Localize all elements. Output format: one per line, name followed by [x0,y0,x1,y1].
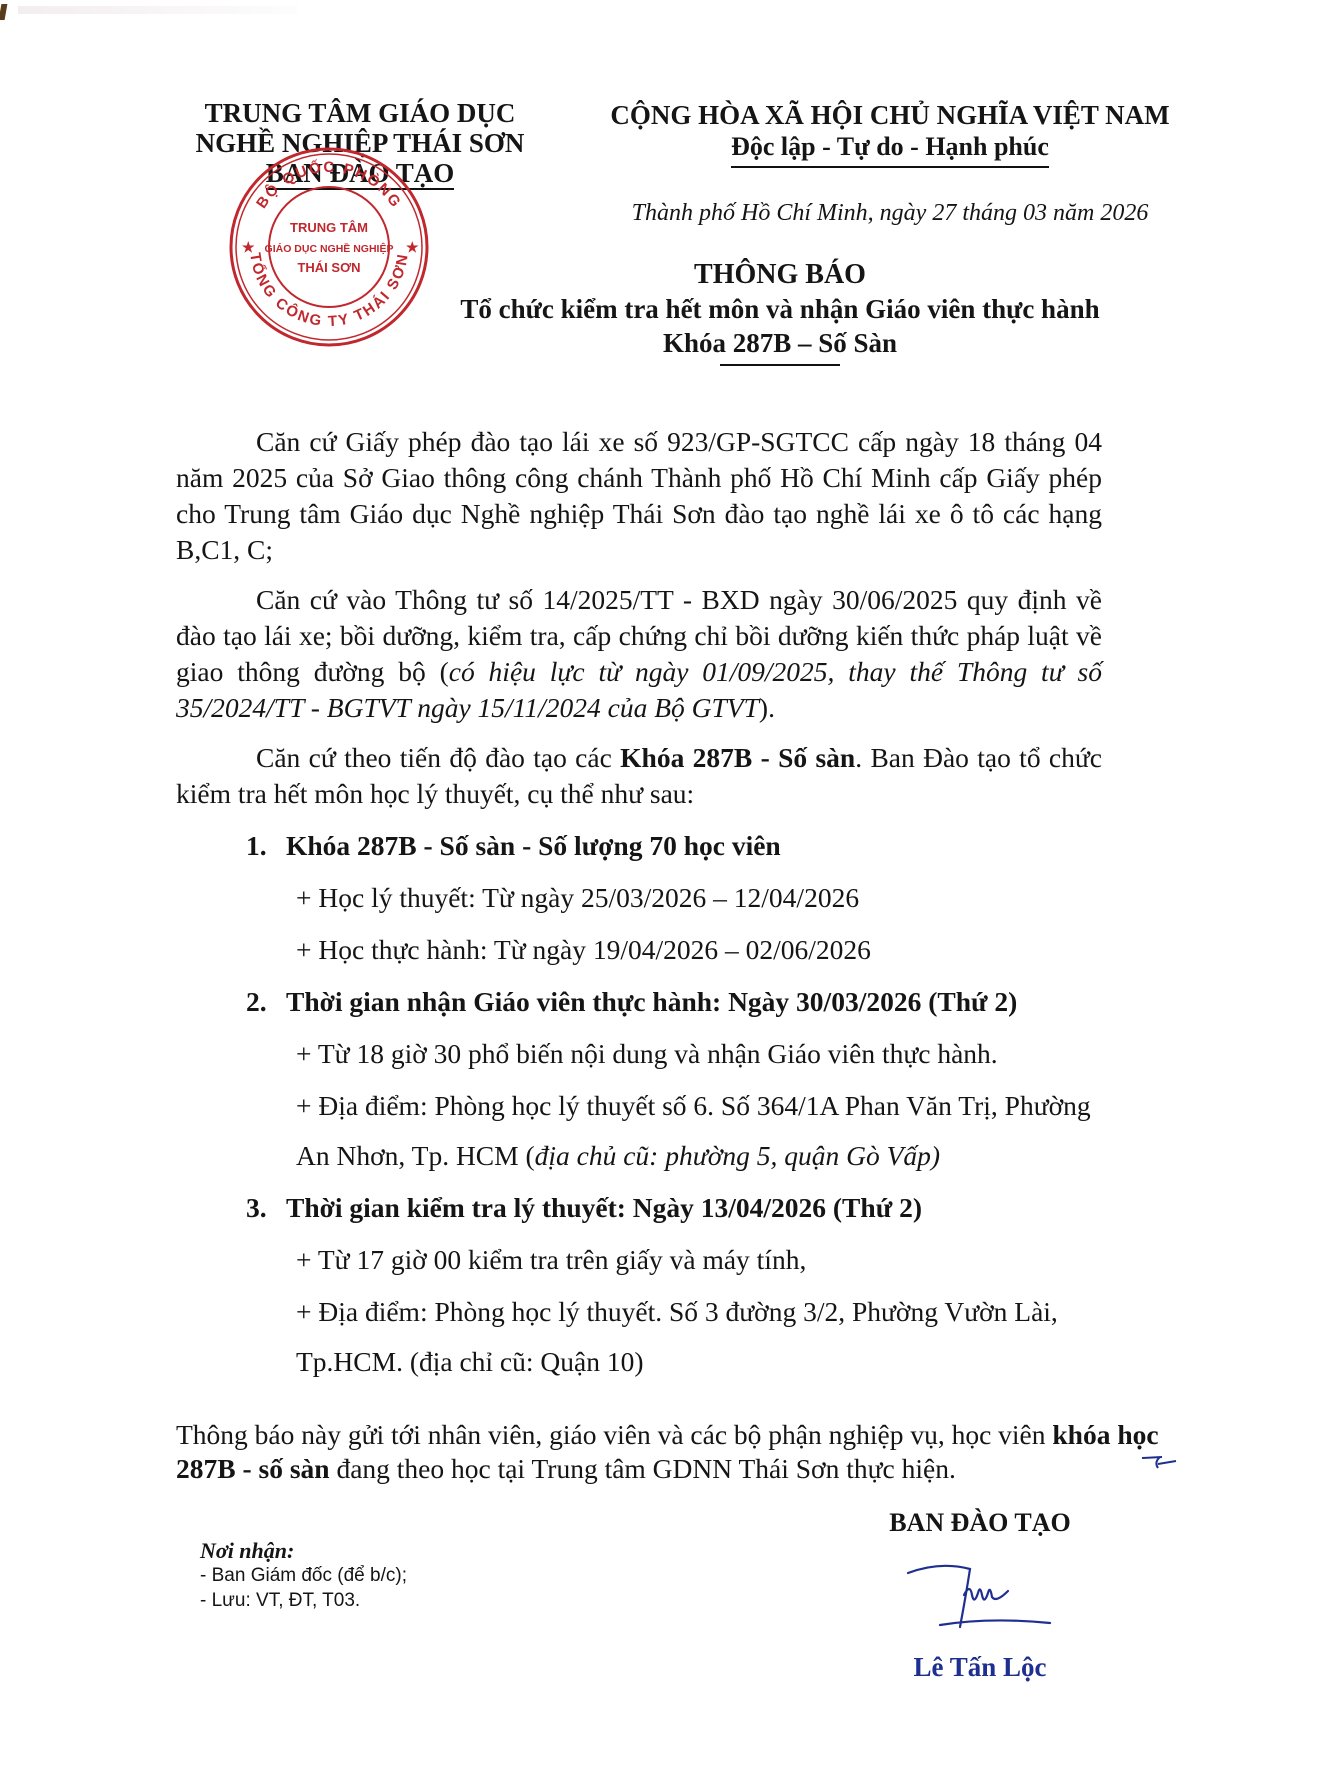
list-item: 2.Thời gian nhận Giáo viên thực hành: Ng… [176,984,1102,1174]
official-seal-stamp-icon: BỘ QUỐC PHÒNG TỔNG CÔNG TY THÁI SƠN ★ ★ … [228,146,430,348]
document-title: THÔNG BÁO Tổ chức kiểm tra hết môn và nh… [420,258,1140,366]
svg-text:★: ★ [406,239,419,255]
item-line: + Địa điểm: Phòng học lý thuyết. Số 3 đư… [176,1294,1102,1330]
recipients-block: Nơi nhận: - Ban Giám đốc (để b/c); - Lưu… [200,1538,407,1613]
item-heading: Khóa 287B - Số sàn - Số lượng 70 học viê… [286,830,781,861]
title-rule [720,364,840,366]
item-number: 1. [246,828,286,864]
item-line-continued: An Nhơn, Tp. HCM (địa chủ cũ: phường 5, … [176,1138,1102,1174]
title-course: Khóa 287B – Số Sàn [420,326,1140,360]
svg-text:TRUNG TÂM: TRUNG TÂM [290,220,368,235]
handwritten-mark-icon [1140,1452,1180,1472]
svg-text:THÁI SƠN: THÁI SƠN [297,260,360,275]
para3-text: Căn cứ theo tiến độ đào tạo các [256,742,620,773]
signatory-department: BAN ĐÀO TẠO [860,1508,1100,1538]
item-line: + Học lý thuyết: Từ ngày 25/03/2026 – 12… [176,880,1102,916]
cont-text: An Nhơn, Tp. HCM ( [296,1140,535,1171]
national-header: CỘNG HÒA XÃ HỘI CHỦ NGHĨA VIỆT NAM Độc l… [560,100,1220,168]
item-number: 3. [246,1190,286,1226]
closing-text: Thông báo này gửi tới nhân viên, giáo vi… [176,1419,1052,1450]
dateline: Thành phố Hồ Chí Minh, ngày 27 tháng 03 … [560,200,1220,227]
list-item: 1.Khóa 287B - Số sàn - Số lượng 70 học v… [176,828,1102,968]
recipients-label: Nơi nhận: [200,1538,407,1563]
nation-name: CỘNG HÒA XÃ HỘI CHỦ NGHĨA VIỆT NAM [560,100,1220,131]
title-main: THÔNG BÁO [420,258,1140,292]
list-item: 3.Thời gian kiểm tra lý thuyết: Ngày 13/… [176,1190,1102,1380]
svg-text:★: ★ [242,239,255,255]
cont-italic: địa chủ cũ: phường 5, quận Gò Vấp) [535,1140,940,1171]
closing-paragraph: Thông báo này gửi tới nhân viên, giáo vi… [176,1418,1186,1486]
para3-course: Khóa 287B - Số sàn [620,742,855,773]
item-heading: Thời gian nhận Giáo viên thực hành: Ngày… [286,986,1017,1017]
item-line: + Học thực hành: Từ ngày 19/04/2026 – 02… [176,932,1102,968]
paragraph-legal-basis-2: Căn cứ vào Thông tư số 14/2025/TT - BXD … [176,582,1102,726]
recipient-item: - Ban Giám đốc (để b/c); [200,1563,407,1588]
document-body: Căn cứ Giấy phép đào tạo lái xe số 923/G… [176,424,1102,1380]
paragraph-legal-basis-1: Căn cứ Giấy phép đào tạo lái xe số 923/G… [176,424,1102,568]
national-motto: Độc lập - Tự do - Hạnh phúc [731,131,1049,168]
closing-end: đang theo học tại Trung tâm GDNN Thái Sơ… [330,1453,956,1484]
item-line: + Từ 17 giờ 00 kiểm tra trên giấy và máy… [176,1242,1102,1278]
svg-text:GIÁO DỤC NGHỀ NGHIỆP: GIÁO DỤC NGHỀ NGHIỆP [265,242,394,255]
paragraph-schedule-basis: Căn cứ theo tiến độ đào tạo các Khóa 287… [176,740,1102,812]
handwritten-signature-icon [900,1555,1080,1645]
title-subject: Tổ chức kiểm tra hết môn và nhận Giáo vi… [420,292,1140,326]
signer-name: Lê Tấn Lộc [860,1652,1100,1683]
item-line-continued: Tp.HCM. (địa chỉ cũ: Quận 10) [176,1344,1102,1380]
item-number: 2. [246,984,286,1020]
item-line: + Từ 18 giờ 30 phổ biến nội dung và nhận… [176,1036,1102,1072]
para2-end: ). [759,692,775,723]
scan-smudge [18,6,298,14]
item-line: + Địa điểm: Phòng học lý thuyết số 6. Số… [176,1088,1102,1124]
scan-edge-mark [0,4,7,20]
item-heading: Thời gian kiểm tra lý thuyết: Ngày 13/04… [286,1192,922,1223]
org-name-line1: TRUNG TÂM GIÁO DỤC [170,98,550,128]
recipient-item: - Lưu: VT, ĐT, T03. [200,1588,407,1613]
